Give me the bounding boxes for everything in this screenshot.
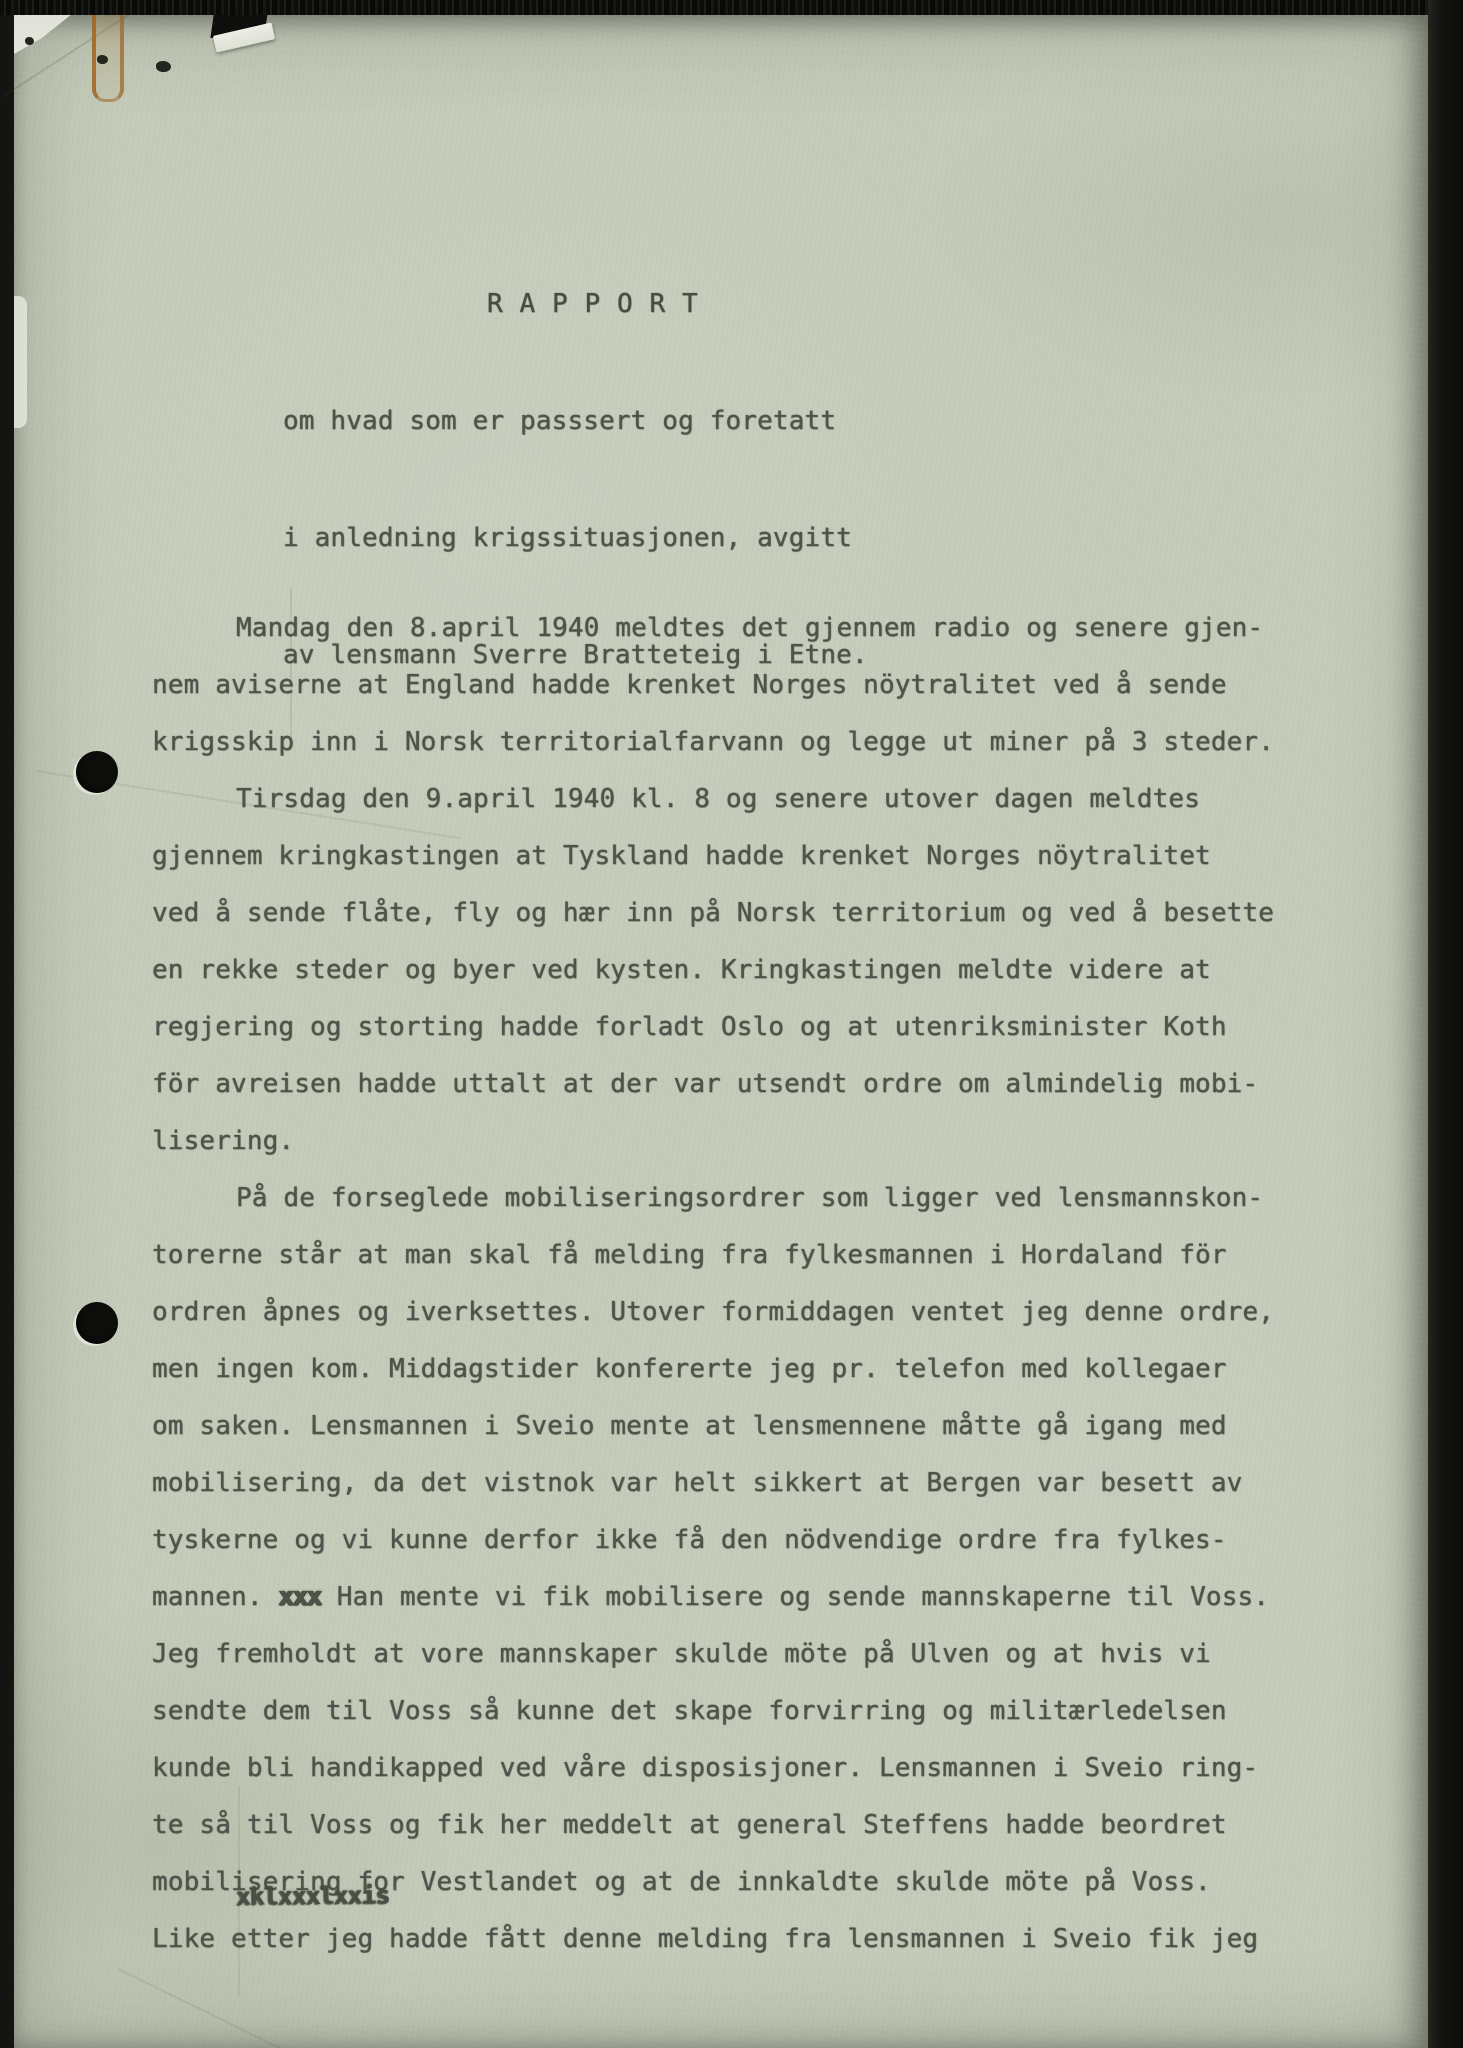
body-line-text: gjennem kringkastingen at Tyskland hadde…: [152, 841, 1211, 871]
body-line-text: om saken. Lensmannen i Sveio mente at le…: [152, 1411, 1227, 1441]
body-line: mobilisering, da det vistnok var helt si…: [152, 1455, 1274, 1512]
body-line-text: ved å sende flåte, fly og hær inn på Nor…: [152, 898, 1274, 928]
body-line: om saken. Lensmannen i Sveio mente at le…: [152, 1398, 1274, 1455]
body-line: kunde bli handikapped ved våre disposisj…: [152, 1740, 1274, 1797]
body-line: ordren åpnes og iverksettes. Utover form…: [152, 1284, 1274, 1341]
scan-edge-top: [0, 0, 1463, 15]
body-line: På de forseglede mobiliseringsordrer som…: [152, 1170, 1274, 1227]
body-line-text: krigsskip inn i Norsk territorialfarvann…: [152, 727, 1274, 757]
body-line-text: ordren åpnes og iverksettes. Utover form…: [152, 1297, 1274, 1327]
interline-correction-text: xklxxxlxxis: [236, 1883, 390, 1909]
body-line-text: för avreisen hadde uttalt at der var uts…: [152, 1069, 1258, 1099]
body-line: Jeg fremholdt at vore mannskaper skulde …: [152, 1626, 1274, 1683]
body-line-text: mannen.: [152, 1582, 278, 1612]
torn-edge-sliver: [14, 296, 27, 428]
body-line-text: Jeg fremholdt at vore mannskaper skulde …: [152, 1639, 1211, 1669]
body-line: nem aviserne at England hadde krenket No…: [152, 657, 1274, 714]
hole-punch-bottom: [76, 1302, 118, 1344]
scan-edge-right: [1428, 0, 1463, 2048]
body-line-text: torerne står at man skal få melding fra …: [152, 1240, 1227, 1270]
ink-speck: [97, 55, 108, 64]
body-line-text: kunde bli handikapped ved våre disposisj…: [152, 1753, 1258, 1783]
report-body: Mandag den 8.april 1940 meldtes det gjen…: [152, 600, 1274, 1968]
report-title: R A P P O R T: [487, 276, 698, 333]
scanned-document: R A P P O R T om hvad som er passsert og…: [0, 0, 1463, 2048]
body-line-text: nem aviserne at England hadde krenket No…: [152, 670, 1227, 700]
body-line: Tirsdag den 9.april 1940 kl. 8 og senere…: [152, 771, 1274, 828]
body-line: sendte dem til Voss så kunne det skape f…: [152, 1683, 1274, 1740]
body-line-text: men ingen kom. Middagstider konfererte j…: [152, 1354, 1227, 1384]
body-line: Mandag den 8.april 1940 meldtes det gjen…: [152, 600, 1274, 657]
body-line-text: sendte dem til Voss så kunne det skape f…: [152, 1696, 1227, 1726]
body-line-text: en rekke steder og byer ved kysten. Krin…: [152, 955, 1211, 985]
body-line-text: tyskerne og vi kunne derfor ikke få den …: [152, 1525, 1227, 1555]
body-line-text: te så til Voss og fik her meddelt at gen…: [152, 1810, 1227, 1840]
body-line: regjering og storting hadde forladt Oslo…: [152, 999, 1274, 1056]
overstruck-text: xxx: [278, 1582, 320, 1612]
body-line-text: På de forseglede mobiliseringsordrer som…: [236, 1183, 1263, 1213]
ink-speck: [25, 37, 34, 45]
body-line: ved å sende flåte, fly og hær inn på Nor…: [152, 885, 1274, 942]
body-line-text: Han mente vi fik mobilisere og sende man…: [321, 1582, 1269, 1612]
body-line-text: lisering.: [152, 1126, 294, 1156]
ink-speck: [156, 61, 171, 72]
body-line: krigsskip inn i Norsk territorialfarvann…: [152, 714, 1274, 771]
body-line: men ingen kom. Middagstider konfererte j…: [152, 1341, 1274, 1398]
body-line-text: Mandag den 8.april 1940 meldtes det gjen…: [236, 613, 1263, 643]
body-line: gjennem kringkastingen at Tyskland hadde…: [152, 828, 1274, 885]
body-line: tyskerne og vi kunne derfor ikke få den …: [152, 1512, 1274, 1569]
subtitle-line: om hvad som er passsert og foretatt: [283, 393, 868, 450]
body-line: te så til Voss og fik her meddelt at gen…: [152, 1797, 1274, 1854]
body-line-text: mobilisering, da det vistnok var helt si…: [152, 1468, 1242, 1498]
body-line: en rekke steder og byer ved kysten. Krin…: [152, 942, 1274, 999]
body-line: mannen. xxx Han mente vi fik mobilisere …: [152, 1569, 1274, 1626]
body-line: Like etter jeg hadde fått denne melding …: [152, 1911, 1274, 1968]
subtitle-line: i anledning krigssituasjonen, avgitt: [283, 510, 868, 567]
body-line-text: Like etter jeg hadde fått denne melding …: [152, 1924, 1258, 1954]
body-line-text: Tirsdag den 9.april 1940 kl. 8 og senere…: [236, 784, 1200, 814]
body-line: lisering.: [152, 1113, 1274, 1170]
hole-punch-top: [76, 751, 118, 793]
body-line: torerne står at man skal få melding fra …: [152, 1227, 1274, 1284]
body-line-text: regjering og storting hadde forladt Oslo…: [152, 1012, 1227, 1042]
body-line: för avreisen hadde uttalt at der var uts…: [152, 1056, 1274, 1113]
